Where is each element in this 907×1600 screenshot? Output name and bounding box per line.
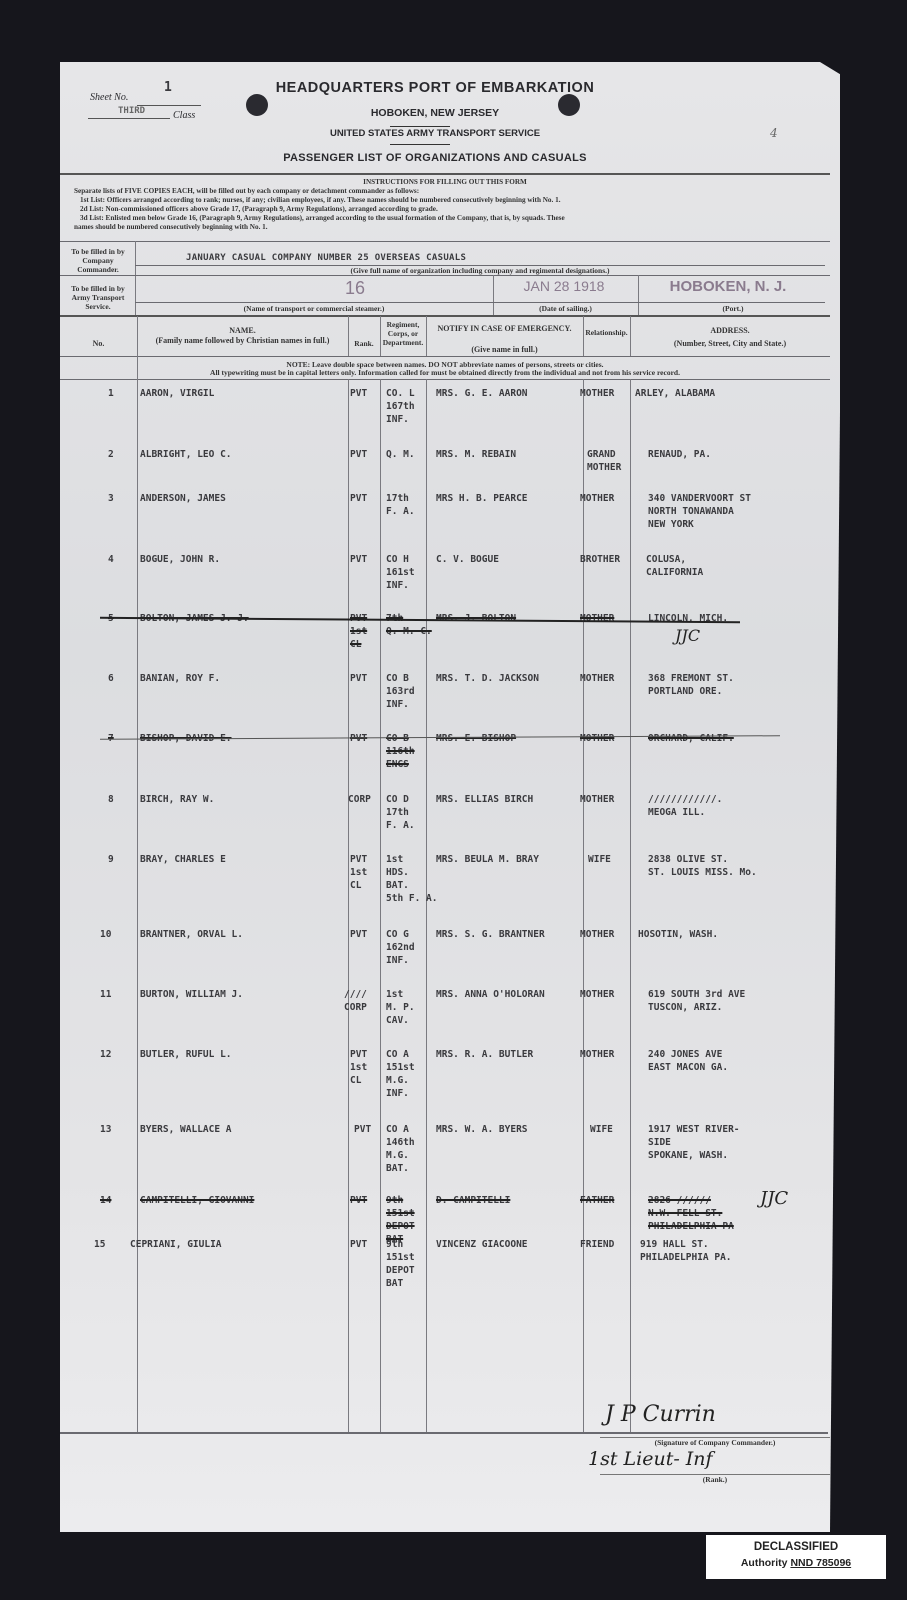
row-regiment: 7th Q. M. C. bbox=[386, 612, 432, 638]
col-rule-rank-head bbox=[380, 316, 381, 356]
column-header-rank: Rank. bbox=[348, 339, 380, 348]
row-regiment: CO H 161st INF. bbox=[386, 553, 415, 592]
row-notify: MRS. W. A. BYERS bbox=[436, 1123, 528, 1136]
row-relationship: MOTHER bbox=[580, 988, 614, 1001]
table-row: 8 BIRCH, RAY W. CORP CO D 17th F. A. MRS… bbox=[60, 793, 830, 855]
row-name: CEPRIANI, GIULIA bbox=[130, 1238, 222, 1251]
row-regiment: 9th 151st DEPOT BAT bbox=[386, 1238, 415, 1290]
row-relationship: GRAND MOTHER bbox=[587, 448, 621, 474]
sailing-hint: (Date of sailing.) bbox=[493, 304, 638, 313]
row-notify: MRS. M. REBAIN bbox=[436, 448, 516, 461]
row-name: BUTLER, RUFUL L. bbox=[140, 1048, 232, 1061]
row-notify: MRS. ELLIAS BIRCH bbox=[436, 793, 533, 806]
table-row: 3 ANDERSON, JAMES PVT 17th F. A. MRS H. … bbox=[60, 492, 830, 554]
row-name: BOGUE, JOHN R. bbox=[140, 553, 220, 566]
company-commander-label: To be filled in by Company Commander. bbox=[64, 247, 132, 274]
table-row: 9 BRAY, CHARLES E PVT 1st CL 1st HDS. BA… bbox=[60, 853, 830, 923]
row-name: BANIAN, ROY F. bbox=[140, 672, 220, 685]
row-rank: PVT bbox=[350, 387, 367, 400]
row-regiment: 1st M. P. CAV. bbox=[386, 988, 415, 1027]
commander-signature: J P Currin bbox=[605, 1402, 716, 1427]
row-relationship: MOTHER bbox=[580, 672, 614, 685]
header-rule-2 bbox=[390, 144, 450, 145]
row-notify: MRS. BEULA M. BRAY bbox=[436, 853, 539, 866]
row-no: 13 bbox=[100, 1123, 111, 1136]
instructions-line-4: 3d List: Enlisted men below Grade 16, (P… bbox=[80, 214, 830, 223]
row-regiment: CO A 146th M.G. BAT. bbox=[386, 1123, 415, 1175]
row-rank: PVT bbox=[350, 1194, 367, 1207]
declassified-authority: Authority NND 785096 bbox=[706, 1557, 886, 1569]
row-address: 919 HALL ST. PHILADELPHIA PA. bbox=[640, 1238, 732, 1264]
column-header-address: ADDRESS. bbox=[630, 326, 830, 335]
column-header-regiment: Regiment, Corps, or Department. bbox=[381, 320, 425, 347]
table-row: 13 BYERS, WALLACE A PVT CO A 146th M.G. … bbox=[60, 1123, 830, 1193]
table-row: 12 BUTLER, RUFUL L. PVT 1st CL CO A 151s… bbox=[60, 1048, 830, 1118]
column-header-no: No. bbox=[60, 339, 137, 348]
row-address: 368 FREMONT ST. PORTLAND ORE. bbox=[648, 672, 734, 698]
class-underline bbox=[88, 118, 170, 119]
row-no: 4 bbox=[108, 553, 114, 566]
table-row: 15 CEPRIANI, GIULIA PVT 9th 151st DEPOT … bbox=[60, 1238, 830, 1308]
commander-rank: 1st Lieut- Inf bbox=[588, 1448, 713, 1470]
row-notify: MRS H. B. PEARCE bbox=[436, 492, 528, 505]
row-regiment: 1st HDS. BAT. 5th F. A. bbox=[386, 853, 437, 905]
row-name: ANDERSON, JAMES bbox=[140, 492, 226, 505]
row-rank: PVT bbox=[350, 553, 367, 566]
column-header-notify-hint: (Give name in full.) bbox=[436, 345, 573, 354]
row-relationship: WIFE bbox=[588, 853, 611, 866]
table-row-struck: 7 BISHOP, DAVID E. PVT CO B 116th ENGS M… bbox=[60, 732, 830, 794]
port-value: HOBOKEN, N. J. bbox=[638, 278, 818, 295]
corner-mark: 4 bbox=[770, 126, 778, 140]
row-notify: MRS. E. BISHOP bbox=[436, 732, 516, 745]
port-hint: (Port.) bbox=[638, 304, 828, 313]
col-rule-notify-head bbox=[583, 316, 584, 356]
row-address: RENAUD, PA. bbox=[648, 448, 711, 461]
row-no: 15 bbox=[94, 1238, 105, 1251]
row-relationship: MOTHER bbox=[580, 732, 614, 745]
row-relationship: FATHER bbox=[580, 1194, 614, 1207]
row-name: BRANTNER, ORVAL L. bbox=[140, 928, 243, 941]
row-regiment: CO A 151st M.G. INF. bbox=[386, 1048, 415, 1100]
row-rank: PVT bbox=[350, 448, 367, 461]
transport-underline bbox=[135, 302, 825, 303]
table-row: 4 BOGUE, JOHN R. PVT CO H 161st INF. C. … bbox=[60, 553, 830, 615]
table-row: 1 AARON, VIRGIL PVT CO. L 167th INF. MRS… bbox=[60, 387, 830, 449]
class-label: Class bbox=[173, 110, 195, 121]
authority-value: NND 785096 bbox=[790, 1557, 851, 1569]
row-notify: MRS. ANNA O'HOLORAN bbox=[436, 988, 545, 1001]
row-no: 2 bbox=[108, 448, 114, 461]
class-value: THIRD bbox=[118, 106, 145, 116]
col-rule-relationship-head bbox=[630, 316, 631, 356]
sheet-no-label: Sheet No. bbox=[90, 92, 128, 103]
row-no: 8 bbox=[108, 793, 114, 806]
table-row: 6 BANIAN, ROY F. PVT CO B 163rd INF. MRS… bbox=[60, 672, 830, 734]
row-rank: PVT bbox=[350, 672, 367, 685]
organization-hint: (Give full name of organization includin… bbox=[135, 266, 825, 275]
row-rank: PVT bbox=[354, 1123, 371, 1136]
row-rank: CORP bbox=[348, 793, 371, 806]
instructions-divider bbox=[60, 241, 830, 242]
row-address: ORCHARD, CALIF. bbox=[648, 732, 734, 745]
column-header-relationship: Relationship. bbox=[583, 328, 630, 337]
row-rank: PVT bbox=[350, 1238, 367, 1251]
transport-service-label: To be filled in by Army Transport Servic… bbox=[64, 284, 132, 311]
row-regiment: 17th F. A. bbox=[386, 492, 415, 518]
row-address: 1917 WEST RIVER- SIDE SPOKANE, WASH. bbox=[648, 1123, 740, 1162]
row-relationship: MOTHER bbox=[580, 612, 614, 625]
row-address: HOSOTIN, WASH. bbox=[638, 928, 718, 941]
row-no: 3 bbox=[108, 492, 114, 505]
form-location: HOBOKEN, NEW JERSEY bbox=[220, 107, 650, 119]
row-regiment: CO G 162nd INF. bbox=[386, 928, 415, 967]
row-notify: MRS. G. E. AARON bbox=[436, 387, 528, 400]
declassified-title: DECLASSIFIED bbox=[706, 1541, 886, 1553]
form-title: HEADQUARTERS PORT OF EMBARKATION bbox=[220, 80, 650, 96]
instructions-line-5: names should be numbered consecutively b… bbox=[74, 223, 824, 232]
service-name: UNITED STATES ARMY TRANSPORT SERVICE bbox=[220, 128, 650, 139]
instructions-line-1: Separate lists of FIVE COPIES EACH, will… bbox=[74, 187, 824, 196]
row-relationship: MOTHER bbox=[580, 793, 614, 806]
row-rank: PVT bbox=[350, 928, 367, 941]
row-no: 10 bbox=[100, 928, 111, 941]
row-notify: VINCENZ GIACOONE bbox=[436, 1238, 528, 1251]
row-address: 2838 OLIVE ST. ST. LOUIS MISS. Mo. bbox=[648, 853, 757, 879]
row-relationship: MOTHER bbox=[580, 492, 614, 505]
row-no: 1 bbox=[108, 387, 114, 400]
signature-label: (Signature of Company Commander.) bbox=[600, 1438, 830, 1447]
row-rank: PVT 1st CL bbox=[350, 853, 367, 892]
col-rule-regiment-head bbox=[426, 316, 427, 356]
row-regiment: CO. L 167th INF. bbox=[386, 387, 415, 426]
form-subtitle: PASSENGER LIST OF ORGANIZATIONS AND CASU… bbox=[210, 152, 660, 164]
row-notify: MRS. T. D. JACKSON bbox=[436, 672, 539, 685]
row-name: BYERS, WALLACE A bbox=[140, 1123, 232, 1136]
row-rank: PVT 1st CL bbox=[350, 1048, 367, 1087]
row-relationship: FRIEND bbox=[580, 1238, 614, 1251]
row-no: 6 bbox=[108, 672, 114, 685]
row-address: COLUSA, CALIFORNIA bbox=[646, 553, 703, 579]
row-relationship: MOTHER bbox=[580, 928, 614, 941]
declassified-stamp: DECLASSIFIED Authority NND 785096 bbox=[706, 1535, 886, 1579]
header-divider bbox=[60, 173, 830, 175]
authority-label: Authority bbox=[741, 1557, 788, 1569]
row-regiment: CO D 17th F. A. bbox=[386, 793, 415, 832]
sheet-no-value: 1 bbox=[164, 80, 172, 95]
row-notify: C. V. BOGUE bbox=[436, 553, 499, 566]
row-name: BRAY, CHARLES E bbox=[140, 853, 226, 866]
table-row: 11 BURTON, WILLIAM J. //// CORP 1st M. P… bbox=[60, 988, 830, 1050]
row-relationship: MOTHER bbox=[580, 1048, 614, 1061]
note-line-2: All typewriting must be in capital lette… bbox=[60, 368, 830, 377]
column-header-name-hint: (Family name followed by Christian names… bbox=[147, 336, 338, 345]
row-notify: MRS. R. A. BUTLER bbox=[436, 1048, 533, 1061]
row-address: 240 JONES AVE EAST MACON GA. bbox=[648, 1048, 728, 1074]
row-notify: MRS. S. G. BRANTNER bbox=[436, 928, 545, 941]
rank-label: (Rank.) bbox=[600, 1475, 830, 1484]
transport-value: 16 bbox=[260, 278, 450, 299]
row-address: ARLEY, ALABAMA bbox=[635, 387, 715, 400]
row-no: 12 bbox=[100, 1048, 111, 1061]
row-regiment: CO B 163rd INF. bbox=[386, 672, 415, 711]
row-name: AARON, VIRGIL bbox=[140, 387, 214, 400]
column-header-divider bbox=[60, 356, 830, 357]
passenger-list-form: Sheet No. 1 THIRD Class HEADQUARTERS POR… bbox=[60, 62, 840, 1532]
row-address: ////////////. MEOGA ILL. bbox=[648, 793, 722, 819]
row-address: 619 SOUTH 3rd AVE TUSCON, ARIZ. bbox=[648, 988, 745, 1014]
row-notify: D. CAMPITELLI bbox=[436, 1194, 510, 1207]
col-rule-name-head bbox=[348, 316, 349, 356]
org-row-divider bbox=[60, 275, 830, 276]
column-header-notify: NOTIFY IN CASE OF EMERGENCY. bbox=[426, 324, 583, 333]
row-address: 2826 ////// N.W. FELL ST. PHILADELPHIA P… bbox=[648, 1194, 734, 1233]
table-row-struck: 5 BOLTON, JAMES J. J. PVT 1st CL 7th Q. … bbox=[60, 612, 830, 674]
row-address: 340 VANDERVOORT ST NORTH TONAWANDA NEW Y… bbox=[648, 492, 751, 531]
handwritten-initials: JJC bbox=[675, 626, 700, 645]
row-name: ALBRIGHT, LEO C. bbox=[140, 448, 232, 461]
organization-name: JANUARY CASUAL COMPANY NUMBER 25 OVERSEA… bbox=[186, 253, 466, 263]
row-no: 9 bbox=[108, 853, 114, 866]
row-rank: //// CORP bbox=[344, 988, 367, 1014]
row-relationship: WIFE bbox=[590, 1123, 613, 1136]
transport-hint: (Name of transport or commercial steamer… bbox=[135, 304, 493, 313]
row-rank: PVT bbox=[350, 492, 367, 505]
column-header-address-hint: (Number, Street, City and State.) bbox=[630, 339, 830, 348]
instructions-title: INSTRUCTIONS FOR FILLING OUT THIS FORM bbox=[60, 178, 830, 187]
org-bottom-divider bbox=[60, 315, 830, 317]
handwritten-initials: JJC bbox=[760, 1188, 788, 1209]
row-name: BIRCH, RAY W. bbox=[140, 793, 214, 806]
note-divider bbox=[60, 379, 830, 380]
sailing-date: JAN 28 1918 bbox=[494, 278, 634, 294]
header-rule-1 bbox=[390, 126, 450, 127]
table-row: 10 BRANTNER, ORVAL L. PVT CO G 162nd INF… bbox=[60, 928, 830, 990]
instructions-line-3: 2d List: Non-commissioned officers above… bbox=[80, 205, 830, 214]
row-no: 14 bbox=[100, 1194, 111, 1207]
row-relationship: MOTHER bbox=[580, 387, 614, 400]
instructions-line-2: 1st List: Officers arranged according to… bbox=[80, 196, 830, 205]
row-name: BURTON, WILLIAM J. bbox=[140, 988, 243, 1001]
table-bottom-rule bbox=[60, 1432, 828, 1434]
sheet-no-underline bbox=[137, 105, 201, 106]
row-name: CAMPITELLI, GIOVANNI bbox=[140, 1194, 254, 1207]
row-relationship: BROTHER bbox=[580, 553, 620, 566]
row-rank: PVT bbox=[350, 732, 367, 745]
row-no: 11 bbox=[100, 988, 111, 1001]
column-header-name: NAME. bbox=[137, 326, 348, 335]
row-regiment: Q. M. bbox=[386, 448, 415, 461]
